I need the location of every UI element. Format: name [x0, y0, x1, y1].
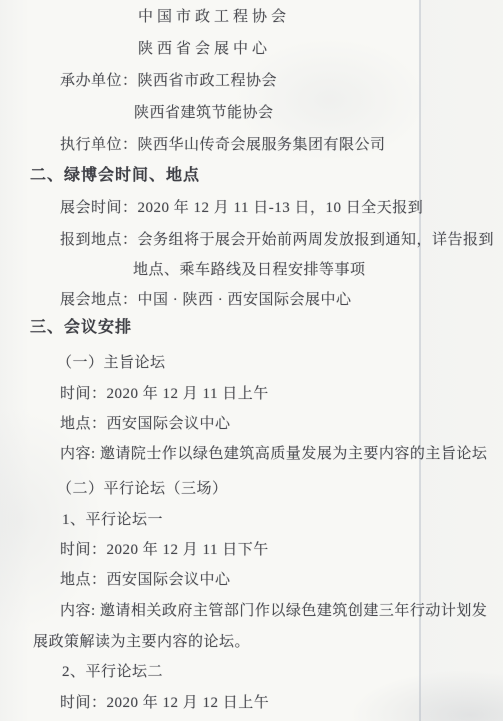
main-forum-title: （一）主旨论坛 [57, 353, 166, 373]
checkin-place-line-2: 地点、乘车路线及日程安排等事项 [133, 260, 366, 280]
undertaker-unit-line-2: 陕西省建筑节能协会 [134, 103, 274, 123]
parallel-forum-1-time: 时间：2020 年 12 月 11 日下午 [60, 540, 269, 560]
expo-place-line: 展会地点：中国 · 陕西 · 西安国际会展中心 [60, 290, 352, 310]
parallel-forum-2-time: 时间：2020 年 12 月 12 日上午 [60, 693, 269, 713]
parallel-forum-1-place: 地点：西安国际会议中心 [60, 570, 231, 590]
undertaker-unit-line: 承办单位：陕西省市政工程协会 [60, 71, 277, 91]
main-forum-place: 地点：西安国际会议中心 [60, 414, 231, 434]
parallel-forums-header: （二）平行论坛（三场） [57, 479, 228, 499]
host-unit-line-2: 陕西省会展中心 [138, 39, 271, 59]
document-page: 中国市政工程协会 陕西省会展中心 承办单位：陕西省市政工程协会 陕西省建筑节能协… [0, 0, 503, 721]
host-unit-line-1: 中国市政工程协会 [138, 7, 290, 27]
main-forum-content: 内容: 邀请院士作以绿色建筑高质量发展为主要内容的主旨论坛 [60, 444, 487, 464]
executor-unit-line: 执行单位：陕西华山传奇会展服务集团有限公司 [60, 135, 386, 155]
checkin-place-line-1: 报到地点：会务组将于展会开始前两周发放报到通知，详告报到 [60, 230, 494, 250]
parallel-forum-2-title: 2、平行论坛二 [62, 662, 163, 682]
parallel-forum-1-title: 1、平行论坛一 [62, 510, 163, 530]
main-forum-time: 时间：2020 年 12 月 11 日上午 [60, 384, 269, 404]
section-3-heading: 三、会议安排 [30, 318, 132, 338]
parallel-forum-1-content-line-1: 内容: 邀请相关政府主管部门作以绿色建筑创建三年行动计划发 [60, 601, 487, 621]
section-2-heading: 二、绿博会时间、地点 [30, 166, 200, 186]
parallel-forum-1-content-line-2: 展政策解读为主要内容的论坛。 [33, 632, 250, 652]
expo-time-line: 展会时间：2020 年 12 月 11 日-13 日，10 日全天报到 [60, 198, 423, 218]
